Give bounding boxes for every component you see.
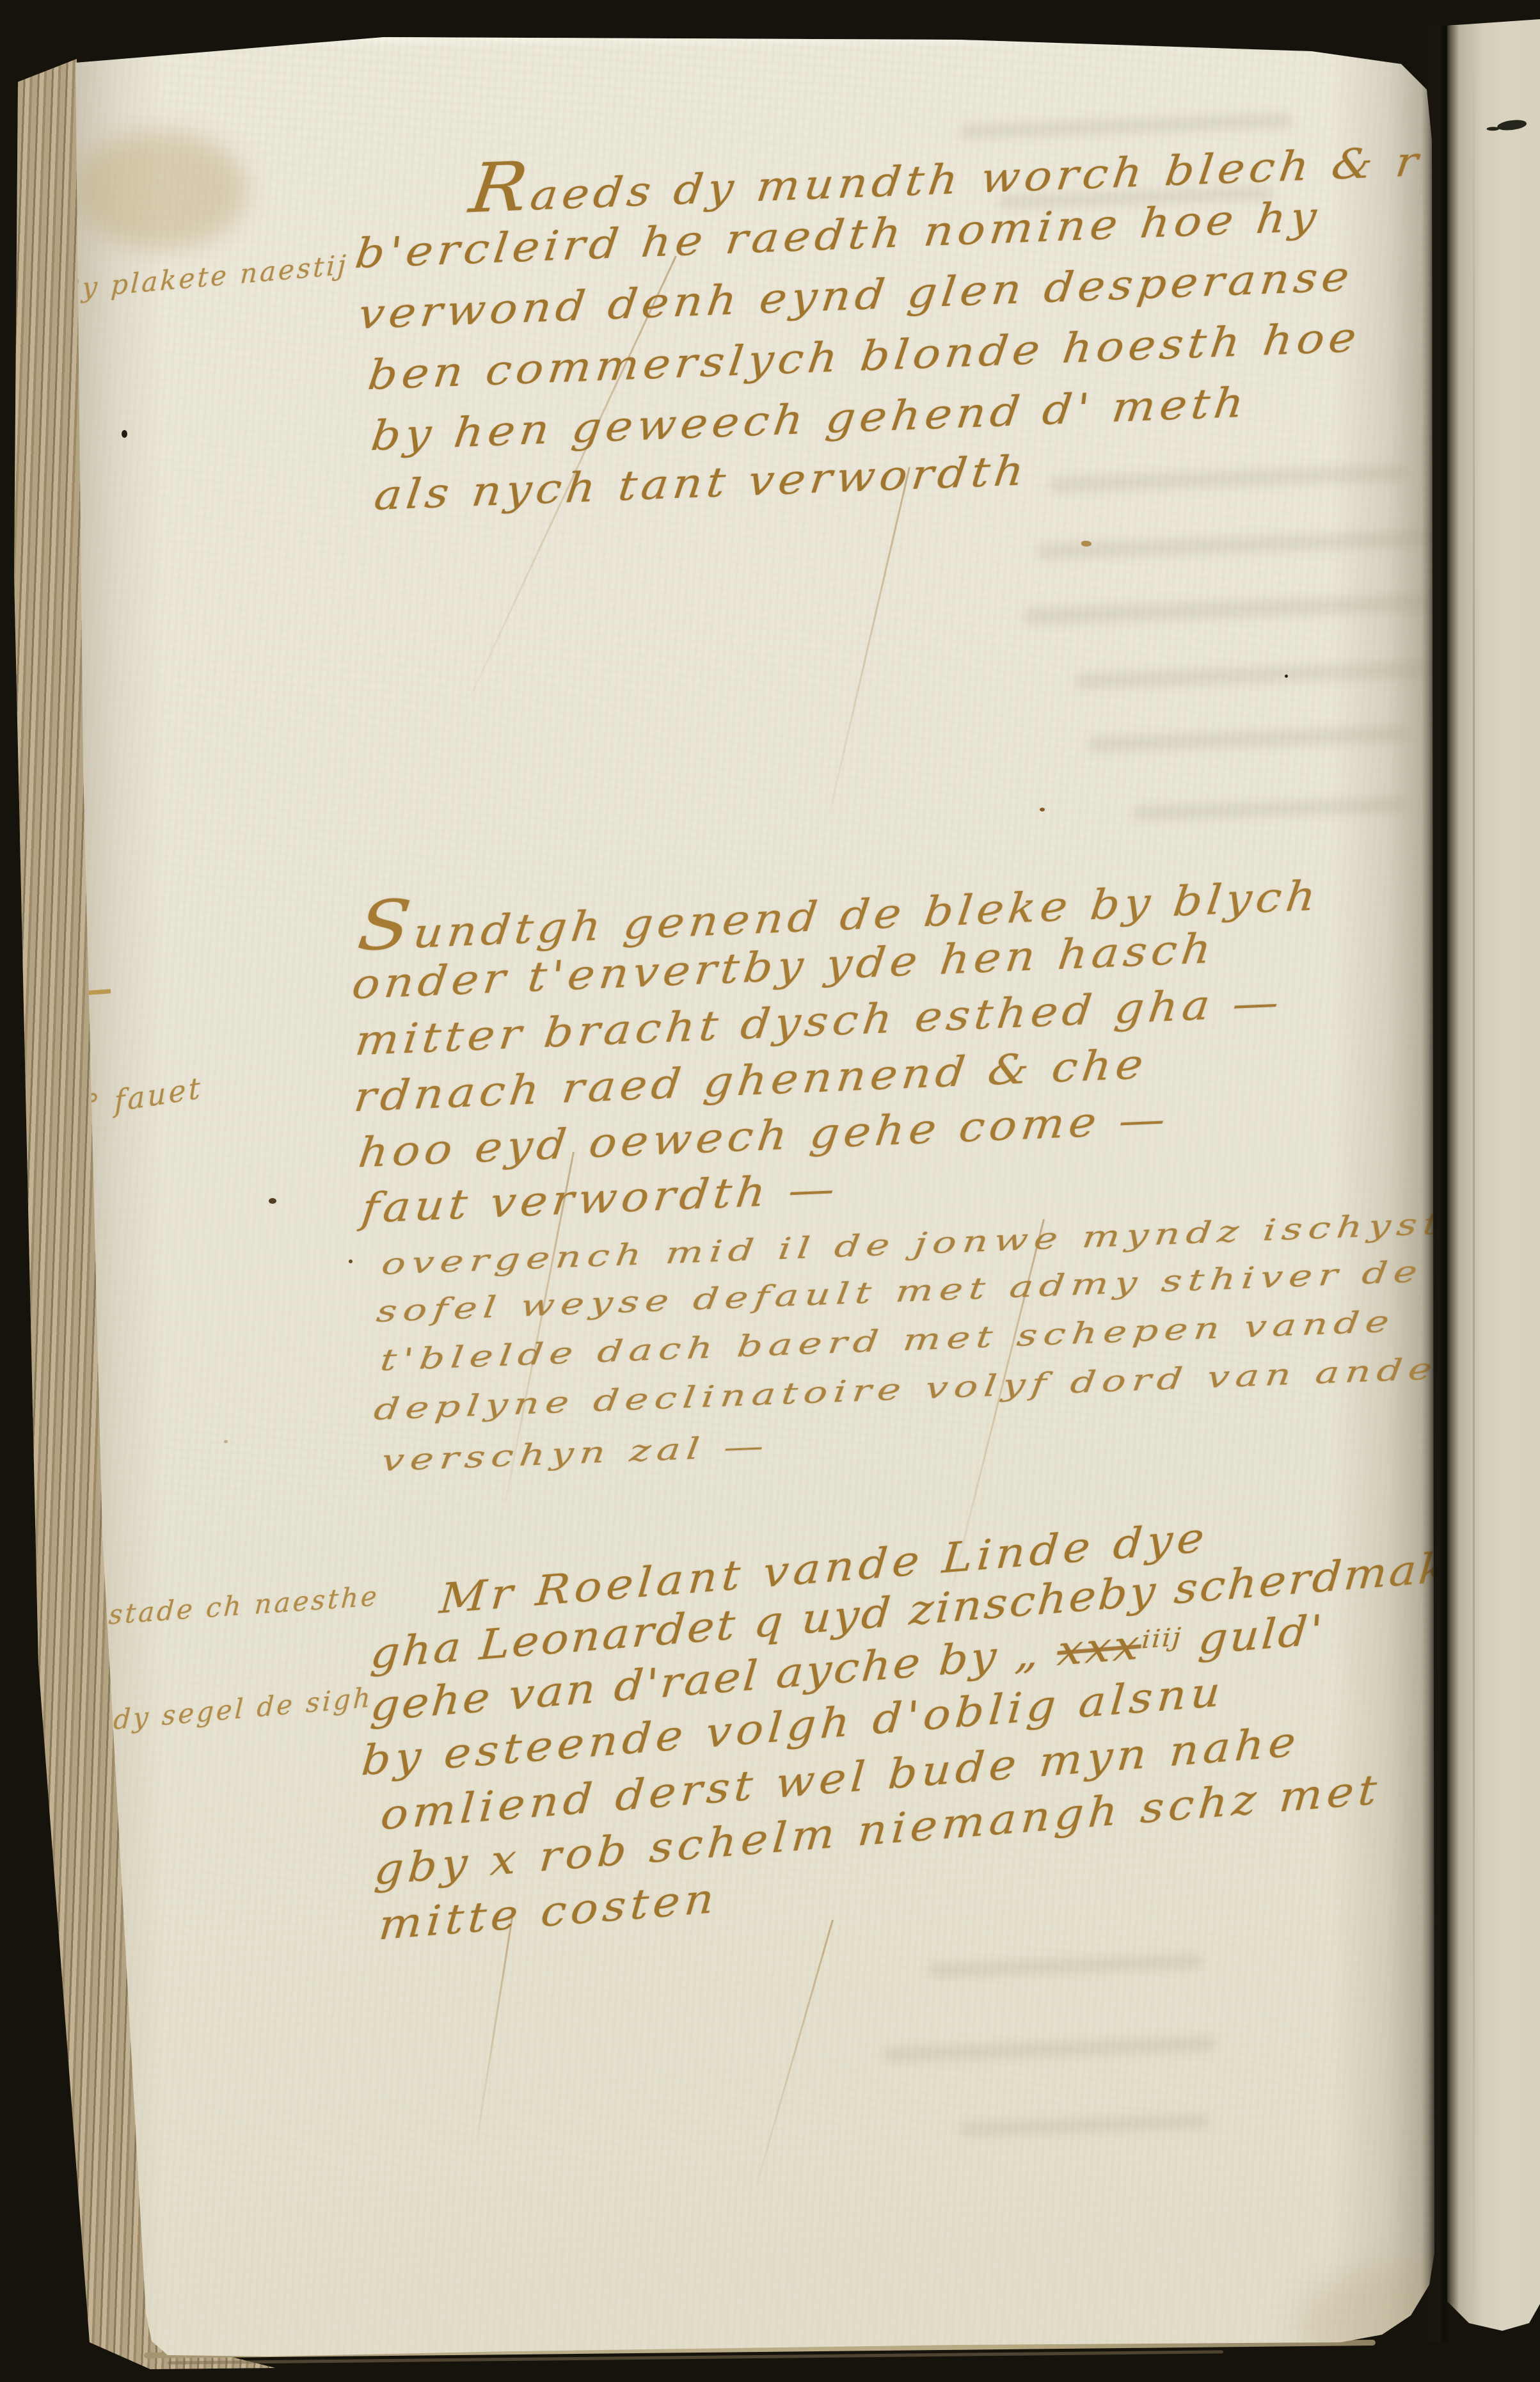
facing-page-crease bbox=[1473, 17, 1475, 2359]
amount-struck-number: xxx bbox=[1056, 1621, 1143, 1675]
ink-speck bbox=[349, 1259, 353, 1263]
paper-stain bbox=[74, 131, 246, 250]
book-gutter bbox=[1422, 26, 1459, 2342]
ink-blot bbox=[1496, 118, 1527, 132]
ink-speck bbox=[122, 430, 127, 438]
ink-speck bbox=[269, 1198, 276, 1204]
facing-page-edge bbox=[1447, 17, 1540, 2359]
ink-speck bbox=[1081, 541, 1091, 547]
ink-speck bbox=[1285, 675, 1288, 678]
ink-speck bbox=[224, 1440, 228, 1443]
manuscript-photo: By plakete naestij — p° fauet By stade c… bbox=[0, 0, 1540, 2382]
left-page: By plakete naestij — p° fauet By stade c… bbox=[0, 0, 1540, 2382]
amount-superscript-correction: iiij bbox=[1141, 1622, 1184, 1655]
ink-speck bbox=[1040, 808, 1045, 811]
